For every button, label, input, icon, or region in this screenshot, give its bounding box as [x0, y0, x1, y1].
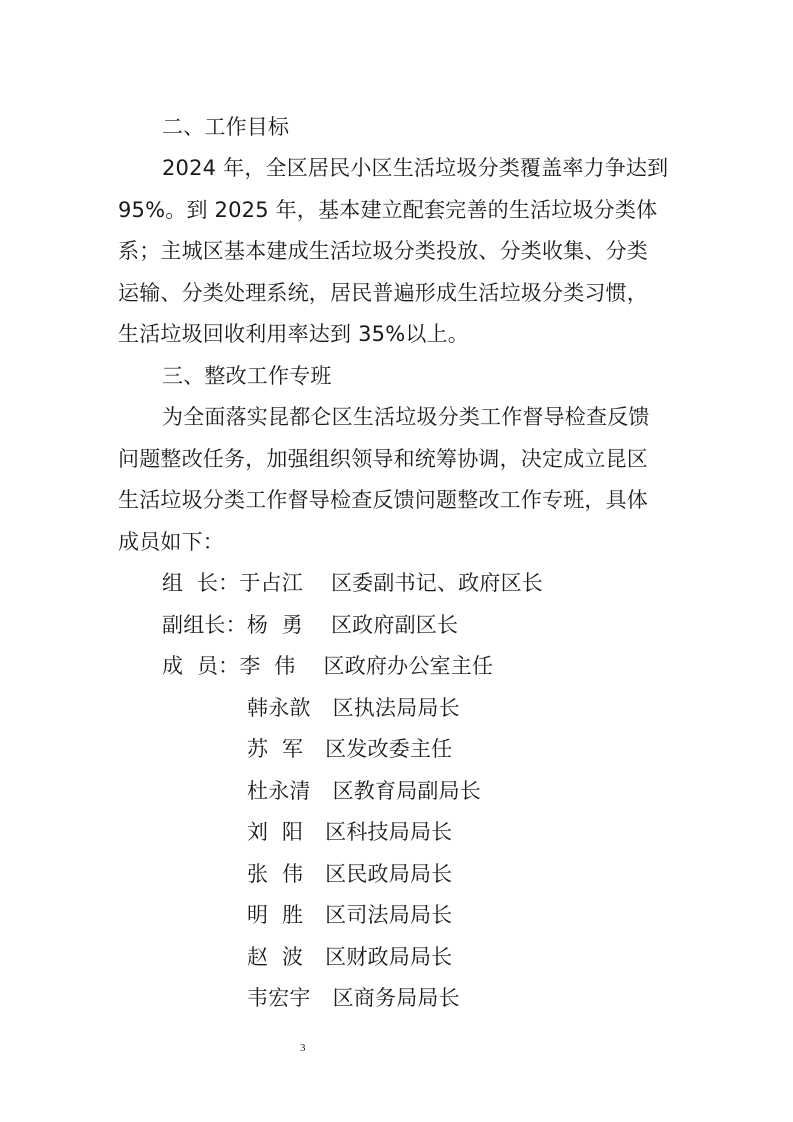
member-row: 韩永歆区执法局局长 [247, 696, 460, 720]
member-role: 成 员： [162, 654, 239, 678]
section-heading-task-force: 三、整改工作专班 [162, 364, 332, 388]
member-name: 明 胜 [247, 903, 303, 927]
member-name: 李 伟 [239, 654, 295, 678]
goals-paragraph-line: 系；主城区基本建成生活垃圾分类投放、分类收集、分类 [118, 239, 648, 263]
member-row: 明 胜区司法局局长 [247, 903, 452, 927]
member-row: 苏 军区发改委主任 [247, 737, 452, 761]
member-row-leader: 组 长：于占江区委副书记、政府区长 [162, 571, 543, 595]
member-title: 区发改委主任 [325, 737, 452, 761]
member-title: 区财政局局长 [325, 945, 452, 969]
member-title: 区教育局副局长 [333, 779, 481, 803]
member-title: 区司法局局长 [325, 903, 452, 927]
document-page: 二、工作目标 2024 年，全区居民小区生活垃圾分类覆盖率力争达到 95%。到 … [0, 0, 793, 1122]
section-heading-goals: 二、工作目标 [162, 115, 289, 139]
task-force-paragraph-line: 生活垃圾分类工作督导检查反馈问题整改工作专班，具体 [118, 488, 648, 512]
member-row: 赵 波区财政局局长 [247, 945, 452, 969]
member-row: 杜永清区教育局副局长 [247, 779, 481, 803]
member-title: 区民政局局长 [325, 862, 452, 886]
member-title: 区政府副区长 [331, 613, 458, 637]
member-title: 区科技局局长 [325, 820, 452, 844]
member-name: 杨 勇 [247, 613, 303, 637]
member-title: 区商务局局长 [333, 986, 460, 1010]
page-number: 3 [300, 1042, 306, 1054]
task-force-paragraph-line: 为全面落实昆都仑区生活垃圾分类工作督导检查反馈 [162, 405, 650, 429]
goals-paragraph-line: 运输、分类处理系统，居民普遍形成生活垃圾分类习惯， [118, 281, 648, 305]
goals-paragraph-line: 95%。到 2025 年，基本建立配套完善的生活垃圾分类体 [118, 198, 657, 222]
member-name: 刘 阳 [247, 820, 303, 844]
member-title: 区执法局局长 [333, 696, 460, 720]
member-name: 赵 波 [247, 945, 303, 969]
member-role: 副组长： [162, 613, 247, 637]
member-title: 区委副书记、政府区长 [331, 571, 543, 595]
member-role: 组 长： [162, 571, 239, 595]
member-name: 韦宏宇 [247, 986, 311, 1010]
member-row: 张 伟区民政局局长 [247, 862, 452, 886]
goals-paragraph-line: 2024 年，全区居民小区生活垃圾分类覆盖率力争达到 [162, 156, 668, 180]
task-force-paragraph-line: 成员如下： [118, 530, 224, 554]
member-name: 张 伟 [247, 862, 303, 886]
member-row: 刘 阳区科技局局长 [247, 820, 452, 844]
member-name: 杜永清 [247, 779, 311, 803]
member-name: 于占江 [239, 571, 303, 595]
member-name: 苏 军 [247, 737, 303, 761]
member-row: 韦宏宇区商务局局长 [247, 986, 460, 1010]
member-row: 成 员：李 伟区政府办公室主任 [162, 654, 493, 678]
member-row-deputy-leader: 副组长：杨 勇区政府副区长 [162, 613, 458, 637]
task-force-paragraph-line: 问题整改任务，加强组织领导和统筹协调，决定成立昆区 [118, 447, 648, 471]
member-title: 区政府办公室主任 [324, 654, 494, 678]
goals-paragraph-line: 生活垃圾回收利用率达到 35%以上。 [118, 322, 469, 346]
member-name: 韩永歆 [247, 696, 311, 720]
